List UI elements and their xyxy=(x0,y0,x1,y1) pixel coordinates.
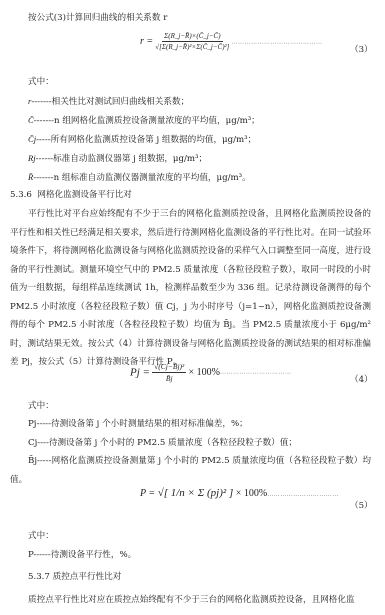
definition-text: -------n 组标准自动监测仪器测量浓度的平均值，μg/m³。 xyxy=(33,173,250,183)
definition-text: -----所有网格化监测质控设备第 j 组数据的均值，μg/m³； xyxy=(36,135,256,145)
definition-r-bar: R̄-------n 组标准自动监测仪器测量浓度的平均值，μg/m³。 xyxy=(28,171,251,184)
definition-text: -------相关性比对测试回归曲线相关系数； xyxy=(31,97,189,107)
formula-5-lhs: P = xyxy=(140,488,155,499)
formula-4-numerator: √(Cj−B̄j)² xyxy=(152,362,186,373)
section-number: 5.3.7 xyxy=(28,572,50,582)
definition-p: P------待测设备平行性，%。 xyxy=(28,549,136,561)
where-label-2: 式中： xyxy=(28,400,54,412)
definition-text: -----待测设备第 j 个小时测量结果的相对标准偏差，%； xyxy=(36,419,247,429)
section-title: 网格化监测设备平行比对 xyxy=(37,190,132,200)
where-label-1: 式中： xyxy=(28,76,54,88)
where-label-3: 式中： xyxy=(28,530,54,542)
formula-3-lhs: r = xyxy=(140,36,153,47)
intro-text: 按公式(3)计算回归曲线的相关系数 r xyxy=(28,12,167,24)
formula-5: P = √[ 1/n × Σ (pj)² ] × 100%…………………………… xyxy=(140,487,339,499)
formula-4-denominator: B̄j xyxy=(166,373,173,383)
symbol: Rj xyxy=(28,153,36,163)
symbol: C̄j xyxy=(28,134,36,144)
definition-cj: C̄j-----所有网格化监测质控设备第 j 组数据的均值，μg/m³； xyxy=(28,133,256,146)
section-heading-5-3-6: 5.3.6 网格化监测设备平行比对 xyxy=(10,189,132,201)
formula-4-leader: …………………………… xyxy=(220,370,292,376)
definition-c-bar: C̄-------n 组网格化监测质控设备测量浓度的平均值，μg/m³； xyxy=(28,114,260,127)
paragraph-5-3-7: 质控点平行性比对应在质控点始终配有不少于三台的网格化监测质控设备，且网格化监 xyxy=(28,594,355,606)
definition-pj: Pj-----待测设备第 j 个小时测量结果的相对标准偏差，%； xyxy=(28,418,248,430)
formula-3: r = Σ(R_j−R̄)×(C̄_j−C̄) √[Σ(R_j−R̄)²×Σ(C… xyxy=(140,32,323,51)
formula-4-rhs: × 100% xyxy=(188,367,219,378)
symbol: Cj xyxy=(28,438,37,448)
definition-text: -------n 组网格化监测质控设备测量浓度的平均值，μg/m³； xyxy=(34,116,260,126)
formula-3-numerator: Σ(R_j−R̄)×(C̄_j−C̄) xyxy=(162,32,222,42)
formula-5-body: √[ 1/n × Σ (pj)² ] xyxy=(158,487,234,499)
formula-4: Pj = √(Cj−B̄j)² B̄j × 100%…………………………… xyxy=(130,362,291,383)
definition-text: ------待测设备平行性，%。 xyxy=(33,550,136,560)
paragraph-5-3-6: 平行性比对平台应始终配有不少于三台的网格化监测质控设备，且网格化监测质控设备的平… xyxy=(10,205,371,372)
definition-bj: B̄j-----网格化监测质控设备测量第 j 个小时的 PM2.5 质量浓度均值… xyxy=(10,452,371,489)
definition-r: r-------相关性比对测试回归曲线相关系数； xyxy=(28,95,189,108)
formula-3-leader: …………………………………… xyxy=(232,39,323,45)
definition-text: -----网格化监测质控设备测量第 j 个小时的 PM2.5 质量浓度均值（各粒… xyxy=(10,456,371,485)
formula-5-rhs: × 100% xyxy=(236,488,267,499)
formula-4-lhs: Pj = xyxy=(130,367,150,379)
formula-4-number: （4） xyxy=(350,374,373,386)
symbol: B̄j xyxy=(28,456,37,466)
section-heading-5-3-7: 5.3.7 质控点平行性比对 xyxy=(28,571,121,583)
formula-3-number: （3） xyxy=(350,44,373,56)
formula-5-leader: …………………………… xyxy=(267,492,339,498)
section-title: 质控点平行性比对 xyxy=(53,572,122,582)
definition-rj: Rj------标准自动监测仪器第 j 组数据，μg/m³； xyxy=(28,152,207,165)
definition-text: ------标准自动监测仪器第 j 组数据，μg/m³； xyxy=(36,154,207,164)
formula-3-denominator: √[Σ(R_j−R̄)²×Σ(C̄_j−C̄)²] xyxy=(155,42,229,51)
definition-cj-device: Cj----待测设备第 j 个小时的 PM2.5 质量浓度（各粒径段粒子数）值； xyxy=(28,437,297,449)
definition-text: ----待测设备第 j 个小时的 PM2.5 质量浓度（各粒径段粒子数）值； xyxy=(37,438,297,448)
formula-5-number: （5） xyxy=(350,500,373,512)
section-number: 5.3.6 xyxy=(10,190,32,200)
